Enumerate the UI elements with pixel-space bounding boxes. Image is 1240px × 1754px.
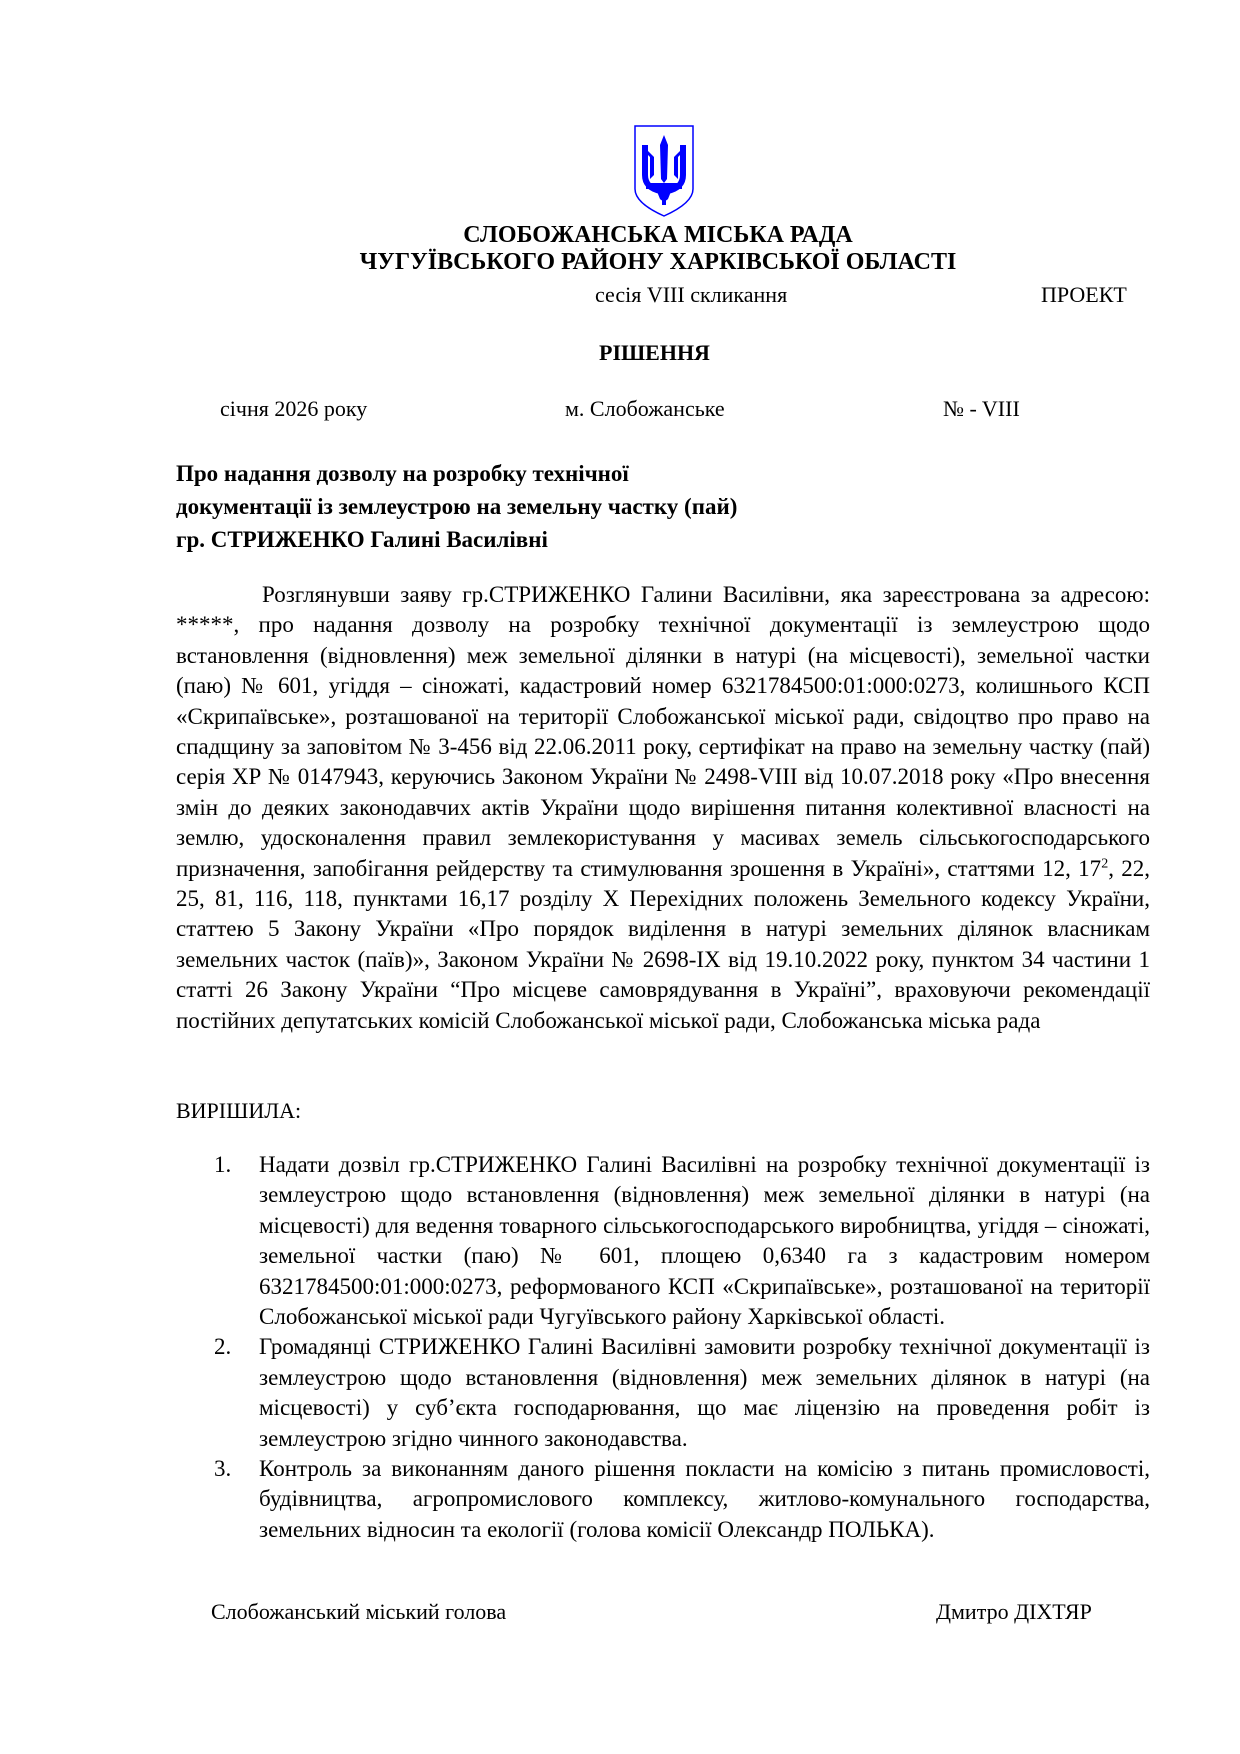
session-label: сесія VIII скликання — [595, 282, 787, 308]
item-text: Надати дозвіл гр.СТРИЖЕНКО Галині Василі… — [259, 1152, 1150, 1329]
draft-label: ПРОЕКТ — [1041, 282, 1127, 308]
council-name: СЛОБОЖАНСЬКА МІСЬКА РАДА — [0, 222, 1240, 249]
document-place: м. Слобожанське — [565, 396, 725, 422]
document-page: СЛОБОЖАНСЬКА МІСЬКА РАДА ЧУГУЇВСЬКОГО РА… — [0, 0, 1240, 1754]
document-number: № - VIII — [943, 396, 1020, 422]
resolved-label: ВИРІШИЛА: — [176, 1098, 301, 1124]
preamble-text: Розглянувши заяву гр.СТРИЖЕНКО Галини Ва… — [176, 582, 1150, 881]
item-text: Громадянці СТРИЖЕНКО Галині Василівні за… — [259, 1334, 1150, 1450]
trident-coat-of-arms-icon — [632, 123, 696, 219]
subject-line: гр. СТРИЖЕНКО Галині Василівні — [176, 523, 548, 556]
item-text: Контроль за виконанням даного рішення по… — [259, 1456, 1150, 1542]
decision-item: 1. Надати дозвіл гр.СТРИЖЕНКО Галині Вас… — [208, 1150, 1150, 1332]
preamble-text: , 22, 25, 81, 116, 118, пунктами 16,17 р… — [176, 856, 1150, 1033]
document-title: РІШЕННЯ — [599, 340, 710, 366]
signatory-position: Слобожанський міський голова — [211, 1599, 506, 1625]
signatory-name: Дмитро ДІХТЯР — [936, 1599, 1092, 1625]
decision-items: 1. Надати дозвіл гр.СТРИЖЕНКО Галині Вас… — [208, 1150, 1150, 1545]
document-date: січня 2026 року — [220, 396, 367, 422]
district-region: ЧУГУЇВСЬКОГО РАЙОНУ ХАРКІВСЬКОЇ ОБЛАСТІ — [0, 249, 1240, 276]
item-number: 1. — [214, 1150, 231, 1180]
item-number: 3. — [214, 1454, 231, 1484]
decision-item: 3. Контроль за виконанням даного рішення… — [208, 1454, 1150, 1545]
decision-item: 2. Громадянці СТРИЖЕНКО Галині Василівні… — [208, 1332, 1150, 1454]
preamble-paragraph: Розглянувши заяву гр.СТРИЖЕНКО Галини Ва… — [176, 580, 1150, 1036]
subject-line: документації із землеустрою на земельну … — [176, 490, 737, 523]
item-number: 2. — [214, 1332, 231, 1362]
subject-line: Про надання дозволу на розробку технічно… — [176, 457, 629, 490]
